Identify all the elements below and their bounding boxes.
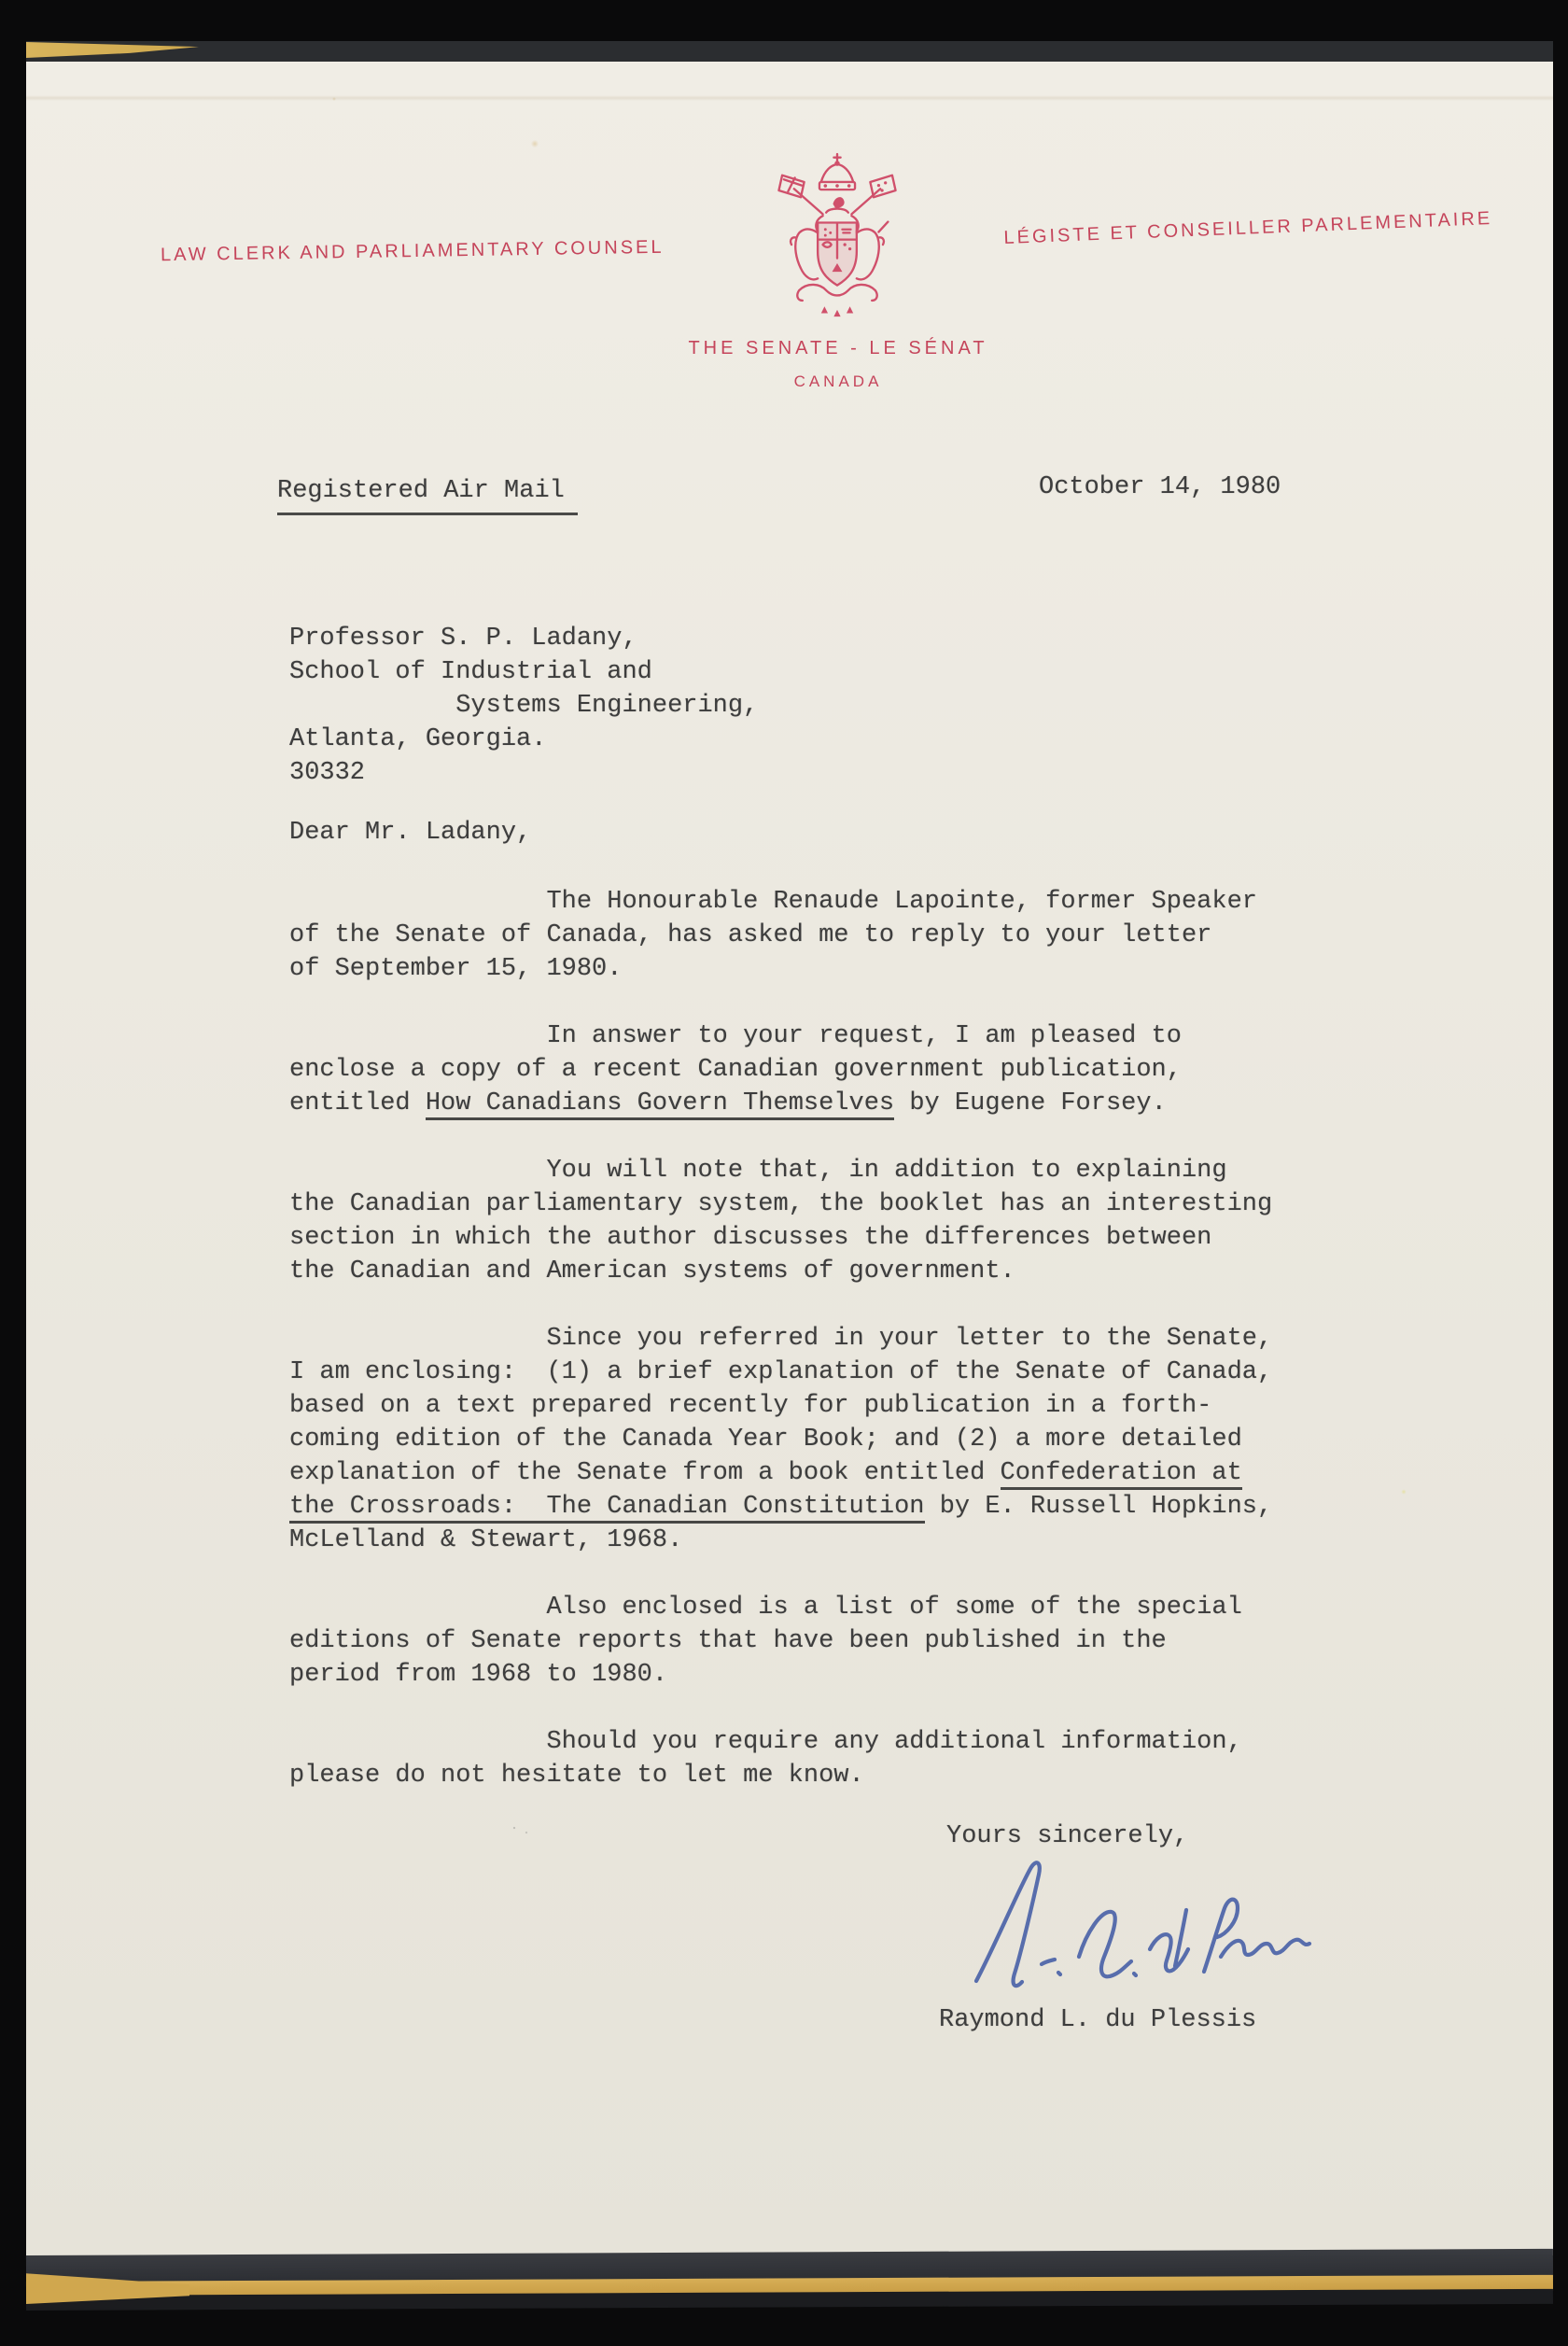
typed-line: editions of Senate reports that have bee… xyxy=(289,1624,1503,1658)
text-segment: McLelland & Stewart, 1968. xyxy=(289,1526,682,1554)
text-segment: the Canadian and American systems of gov… xyxy=(289,1257,1015,1285)
text-segment: editions of Senate reports that have bee… xyxy=(289,1627,1167,1655)
paragraph: In answer to your request, I am pleased … xyxy=(289,1019,1503,1120)
text-segment: You will note that, in addition to expla… xyxy=(289,1157,1227,1185)
address-line: 30332 xyxy=(289,756,758,790)
paragraph: Since you referred in your letter to the… xyxy=(289,1322,1503,1557)
handwritten-signature xyxy=(959,1852,1314,1997)
text-segment: enclose a copy of a recent Canadian gove… xyxy=(289,1056,1182,1084)
text-segment: by E. Russell Hopkins, xyxy=(925,1493,1273,1521)
typed-line: the Canadian parliamentary system, the b… xyxy=(289,1187,1503,1221)
paragraph: You will note that, in addition to expla… xyxy=(289,1154,1503,1288)
typed-line: Also enclosed is a list of some of the s… xyxy=(289,1591,1503,1624)
paragraph: The Honourable Renaude Lapointe, former … xyxy=(289,885,1503,986)
typed-line: enclose a copy of a recent Canadian gove… xyxy=(289,1053,1503,1087)
letter-date: October 14, 1980 xyxy=(1039,471,1281,504)
typed-line: of September 15, 1980. xyxy=(289,952,1503,986)
text-segment: by Eugene Forsey. xyxy=(894,1089,1167,1117)
scanned-letter-page: LAW CLERK AND PARLIAMENTARY COUNSEL LÉGI… xyxy=(0,0,1568,2346)
letterhead-title-english: LAW CLERK AND PARLIAMENTARY COUNSEL xyxy=(161,237,665,266)
typed-line: Since you referred in your letter to the… xyxy=(289,1322,1503,1356)
letterhead-country: CANADA xyxy=(633,372,1043,391)
underlined-title: Confederation at xyxy=(1001,1459,1242,1490)
text-segment: Since you referred in your letter to the… xyxy=(289,1325,1272,1353)
senate-crest-icon xyxy=(774,149,901,323)
text-segment: I am enclosing: (1) a brief explanation … xyxy=(289,1358,1272,1386)
letterhead-title-french: LÉGISTE ET CONSEILLER PARLEMENTAIRE xyxy=(1003,208,1493,249)
text-segment: please do not hesitate to let me know. xyxy=(289,1762,864,1790)
salutation: Dear Mr. Ladany, xyxy=(289,816,531,850)
text-segment: Should you require any additional inform… xyxy=(289,1728,1242,1756)
typed-line: coming edition of the Canada Year Book; … xyxy=(289,1423,1503,1456)
typed-line: The Honourable Renaude Lapointe, former … xyxy=(289,885,1503,919)
typed-line: period from 1968 to 1980. xyxy=(289,1658,1503,1692)
typed-line: I am enclosing: (1) a brief explanation … xyxy=(289,1356,1503,1389)
text-segment: of the Senate of Canada, has asked me to… xyxy=(289,921,1211,949)
valediction: Yours sincerely, xyxy=(946,1819,1188,1853)
typed-line: based on a text prepared recently for pu… xyxy=(289,1389,1503,1423)
address-line: Atlanta, Georgia. xyxy=(289,723,758,756)
recipient-address: Professor S. P. Ladany,School of Industr… xyxy=(289,622,758,790)
paragraph: Also enclosed is a list of some of the s… xyxy=(289,1591,1503,1692)
text-segment: entitled xyxy=(289,1089,426,1117)
typed-line: McLelland & Stewart, 1968. xyxy=(289,1524,1503,1557)
text-segment: The Honourable Renaude Lapointe, former … xyxy=(289,888,1257,916)
text-segment: Also enclosed is a list of some of the s… xyxy=(289,1594,1242,1622)
typed-line: the Crossroads: The Canadian Constitutio… xyxy=(289,1490,1503,1524)
typed-line: please do not hesitate to let me know. xyxy=(289,1759,1503,1792)
text-segment: section in which the author discusses th… xyxy=(289,1224,1211,1252)
signer-typed-name: Raymond L. du Plessis xyxy=(939,2003,1256,2037)
underlined-title: How Canadians Govern Themselves xyxy=(426,1089,894,1120)
text-segment: of September 15, 1980. xyxy=(289,955,622,983)
text-segment: In answer to your request, I am pleased … xyxy=(289,1022,1182,1050)
letter-paper: LAW CLERK AND PARLIAMENTARY COUNSEL LÉGI… xyxy=(26,62,1553,2255)
typed-line: of the Senate of Canada, has asked me to… xyxy=(289,919,1503,952)
text-segment: coming edition of the Canada Year Book; … xyxy=(289,1426,1242,1454)
text-segment: based on a text prepared recently for pu… xyxy=(289,1392,1211,1420)
text-segment: the Canadian parliamentary system, the b… xyxy=(289,1190,1272,1218)
typed-line: Should you require any additional inform… xyxy=(289,1725,1503,1759)
letter-body: The Honourable Renaude Lapointe, former … xyxy=(289,885,1503,1826)
letterhead-organization: THE SENATE - LE SÉNAT xyxy=(633,338,1043,359)
typed-line: the Canadian and American systems of gov… xyxy=(289,1255,1503,1288)
address-line: School of Industrial and xyxy=(289,655,758,689)
address-line: Professor S. P. Ladany, xyxy=(289,622,758,655)
typed-line: You will note that, in addition to expla… xyxy=(289,1154,1503,1187)
text-segment: explanation of the Senate from a book en… xyxy=(289,1459,1001,1487)
mailing-method-label: Registered Air Mail xyxy=(277,474,578,515)
typed-line: explanation of the Senate from a book en… xyxy=(289,1456,1503,1490)
paragraph: Should you require any additional inform… xyxy=(289,1725,1503,1792)
text-segment: period from 1968 to 1980. xyxy=(289,1661,667,1689)
address-line: Systems Engineering, xyxy=(289,689,758,723)
typed-line: entitled How Canadians Govern Themselves… xyxy=(289,1087,1503,1120)
typed-line: section in which the author discusses th… xyxy=(289,1221,1503,1255)
underlined-title: the Crossroads: The Canadian Constitutio… xyxy=(289,1493,925,1524)
typed-line: In answer to your request, I am pleased … xyxy=(289,1019,1503,1053)
